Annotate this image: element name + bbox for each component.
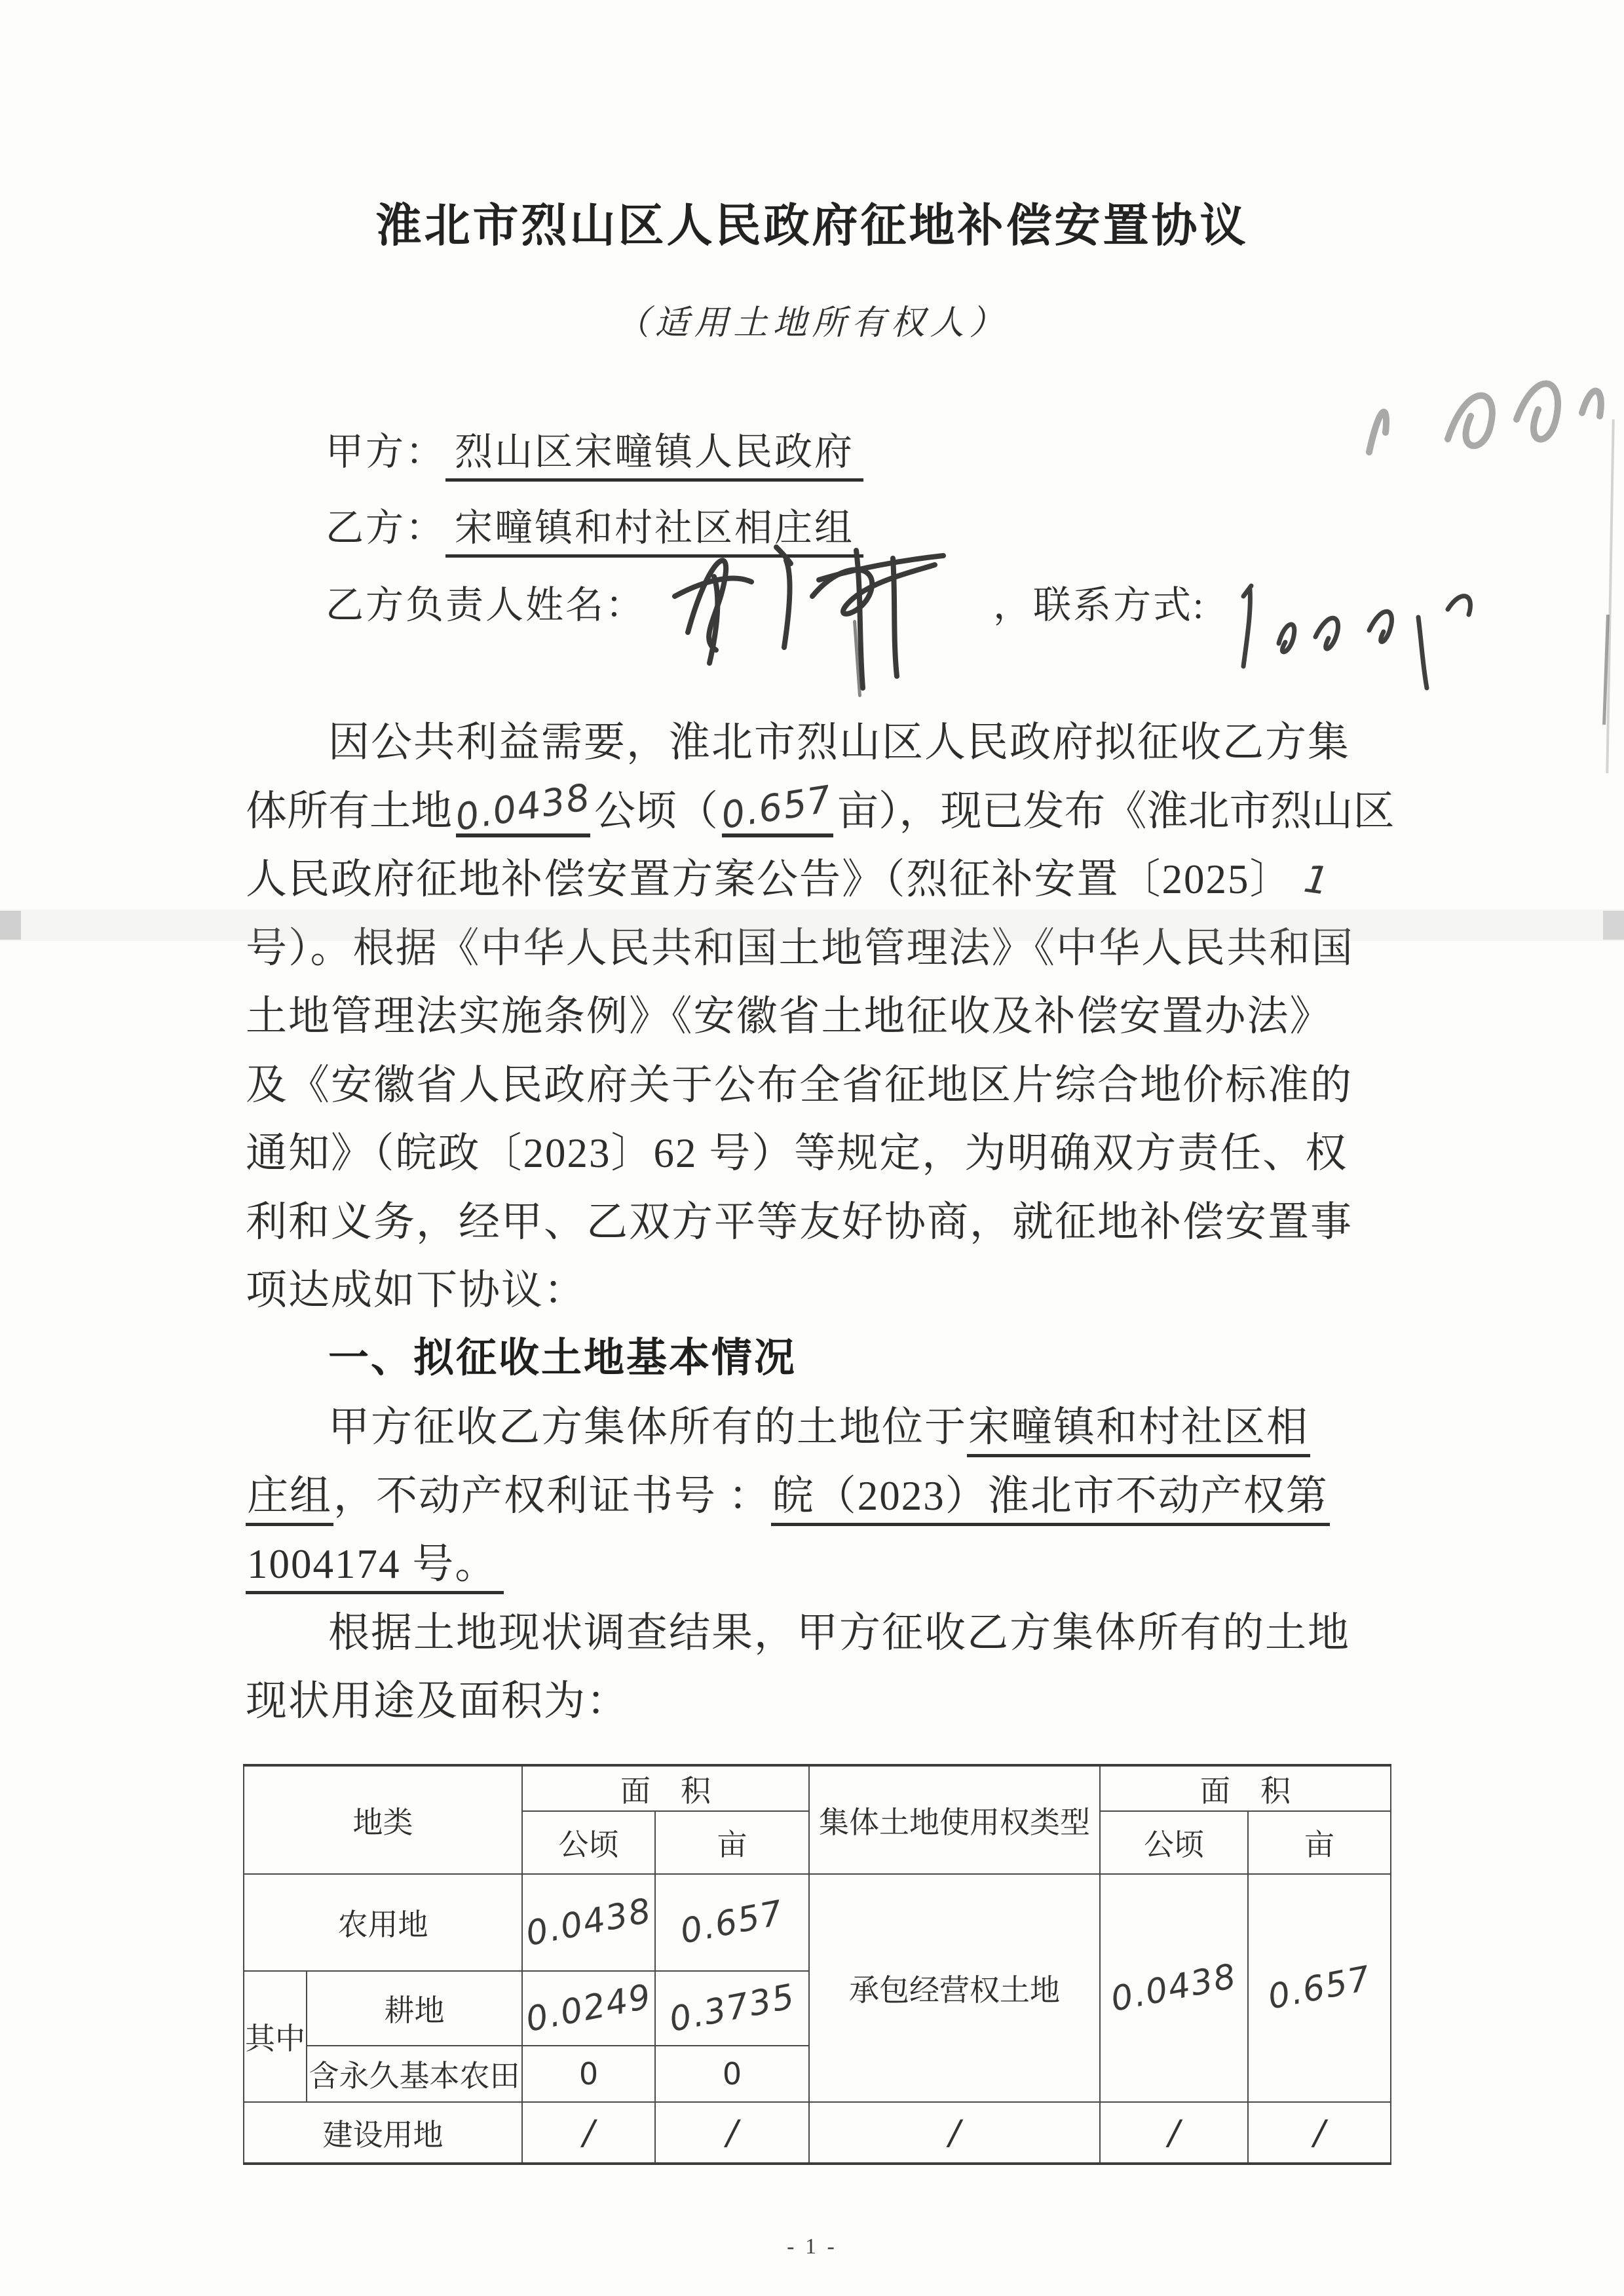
cultivated-hectare-handwritten: 0.0249: [522, 1971, 655, 2046]
recital-line2-post: 亩），现已发布《淮北市烈山区: [837, 788, 1395, 834]
recital-line2-pre: 体所有土地: [246, 788, 452, 834]
section1-line2-mid: ，不动产权利证书号 ：: [333, 1473, 771, 1519]
col-header-land-class: 地类: [244, 1765, 522, 1874]
right-hectare-value: 0.0438: [1108, 1957, 1240, 2019]
col-header-hectare-right: 公顷: [1100, 1811, 1248, 1874]
construction-mu-slash: /: [727, 2113, 738, 2152]
construction-hectare-slash: /: [583, 2113, 595, 2152]
col-header-use-right-type: 集体土地使用权类型: [809, 1765, 1100, 1874]
recital-line-2: 体所有土地0.0438公顷（0.657亩），现已发布《淮北市烈山区: [246, 778, 1395, 837]
row-agricultural-label: 农用地: [244, 1874, 522, 1971]
section1-line-1: 甲方征收乙方集体所有的土地位于宋疃镇和村社区相: [328, 1394, 1310, 1453]
right-hectare-handwritten: 0.0438: [1100, 1874, 1248, 2102]
scanned-document-page: 淮北市烈山区人民政府征地补偿安置协议 （适用土地所有权人） 甲方：烈山区宋疃镇人…: [0, 0, 1624, 2296]
party-b-label: 乙方：: [326, 507, 445, 549]
certificate-number-underlined: 1004174 号。: [246, 1541, 504, 1594]
recital-line-4: 号）。根据《中华人民共和国土地管理法》《中华人民共和国: [246, 915, 1354, 974]
col-header-area-left: 面 积: [522, 1765, 809, 1811]
construction-mu-value: /: [655, 2102, 809, 2164]
party-a-name: 烈山区宋疃镇人民政府: [445, 430, 863, 482]
construction-use-type-value: /: [809, 2102, 1100, 2164]
cultivated-mu-handwritten: 0.3735: [655, 1971, 809, 2046]
cultivated-hectare-value: 0.0249: [523, 1977, 655, 2040]
construction-right-hectare-slash: /: [1168, 2113, 1180, 2152]
construction-right-mu-slash: /: [1313, 2113, 1325, 2152]
row-cultivated-label: 耕地: [307, 1971, 522, 2046]
location-underlined-cont: 庄组: [246, 1473, 333, 1526]
agricultural-mu-handwritten: 0.657: [655, 1874, 809, 1971]
recital-line2-mid: 公顷（: [594, 788, 718, 834]
col-header-mu-right: 亩: [1248, 1811, 1391, 1874]
recital-line-9: 项达成如下协议：: [246, 1257, 586, 1316]
page-number: - 1 -: [0, 2234, 1624, 2259]
section1-line1-pre: 甲方征收乙方集体所有的土地位于: [328, 1404, 967, 1450]
land-status-table: 地类 面 积 集体土地使用权类型 面 积 公顷 亩 公顷 亩 农用地 0.043…: [243, 1764, 1391, 2165]
right-mu-handwritten: 0.657: [1248, 1874, 1391, 2102]
party-a-line: 甲方：烈山区宋疃镇人民政府: [326, 421, 863, 476]
party-a-label: 甲方：: [326, 430, 445, 473]
permanent-hectare-value: 0: [522, 2046, 655, 2102]
permanent-mu-value: 0: [655, 2046, 809, 2102]
contact-phone-handwriting-upper: [1350, 341, 1612, 478]
scan-band-left-edge: [0, 911, 21, 940]
col-header-area-right: 面 积: [1100, 1765, 1391, 1811]
page-title: 淮北市烈山区人民政府征地补偿安置协议: [0, 189, 1624, 255]
recital-line-8: 利和义务，经甲、乙双方平等友好协商，就征地补偿安置事: [246, 1189, 1353, 1248]
row-permanent-farmland-label: 含永久基本农田: [307, 2046, 522, 2102]
permanent-hectare-zero: 0: [579, 2056, 598, 2092]
certificate-underlined: 皖（2023）淮北市不动产权第: [771, 1473, 1330, 1526]
mu-handwritten-value: 0.657: [719, 778, 835, 837]
recital-line3-text: 人民政府征地补偿安置方案公告》（烈征补安置〔2025〕: [246, 856, 1293, 902]
hectares-handwritten-value: 0.0438: [453, 776, 594, 839]
section1-line-2: 庄组，不动产权利证书号 ：皖（2023）淮北市不动产权第: [246, 1463, 1330, 1522]
agricultural-hectare-handwritten: 0.0438: [522, 1874, 655, 1971]
recital-line-7: 通知》（皖政〔2023〕62 号）等规定，为明确双方责任、权: [246, 1120, 1348, 1179]
agricultural-mu-value: 0.657: [677, 1893, 787, 1951]
section1-line-3: 1004174 号。: [246, 1531, 504, 1590]
agricultural-hectare-value: 0.0438: [523, 1891, 655, 1954]
row-construction-label: 建设用地: [244, 2102, 522, 2164]
col-header-hectare-left: 公顷: [522, 1811, 655, 1874]
among-which-label: 其中: [244, 1971, 307, 2102]
construction-right-hectare-value: /: [1100, 2102, 1248, 2164]
recital-line-1: 因公共利益需要，淮北市烈山区人民政府拟征收乙方集: [328, 709, 1350, 769]
recital-line-6: 及《安徽省人民政府关于公布全省征地区片综合地价标准的: [246, 1052, 1353, 1111]
contact-label: ，联系方式:: [993, 574, 1205, 629]
use-right-type-value: 承包经营权土地: [809, 1874, 1100, 2102]
construction-hectare-value: /: [522, 2102, 655, 2164]
section1-line-5: 现状用途及面积为：: [246, 1668, 629, 1727]
rep-signature-handwriting: [652, 498, 966, 695]
rep-name-label: 乙方负责人姓名：: [326, 574, 645, 629]
contact-phone-handwriting: [1232, 539, 1513, 696]
scan-right-streak-dark: [1602, 615, 1610, 725]
recital-line-3: 人民政府征地补偿安置方案公告》（烈征补安置〔2025〕1: [246, 846, 1329, 906]
hectares-blank: 0.0438: [456, 788, 590, 837]
issue-number-handwritten: 1: [1301, 856, 1332, 904]
cultivated-mu-value: 0.3735: [666, 1977, 799, 2040]
recital-line-5: 土地管理法实施条例》《安徽省土地征收及补偿安置办法》: [246, 983, 1332, 1043]
mu-blank: 0.657: [722, 788, 833, 837]
section1-heading: 一、拟征收土地基本情况: [328, 1325, 797, 1383]
location-underlined: 宋疃镇和村社区相: [967, 1404, 1310, 1457]
construction-use-type-slash: /: [949, 2113, 960, 2152]
col-header-mu-left: 亩: [655, 1811, 809, 1874]
right-mu-value: 0.657: [1264, 1959, 1374, 2017]
scan-band-right-edge: [1603, 911, 1624, 940]
construction-right-mu-value: /: [1248, 2102, 1391, 2164]
permanent-mu-zero: 0: [723, 2056, 742, 2092]
section1-line-4: 根据土地现状调查结果，甲方征收乙方集体所有的土地: [328, 1599, 1350, 1659]
page-subtitle: （适用土地所有权人）: [0, 295, 1624, 344]
